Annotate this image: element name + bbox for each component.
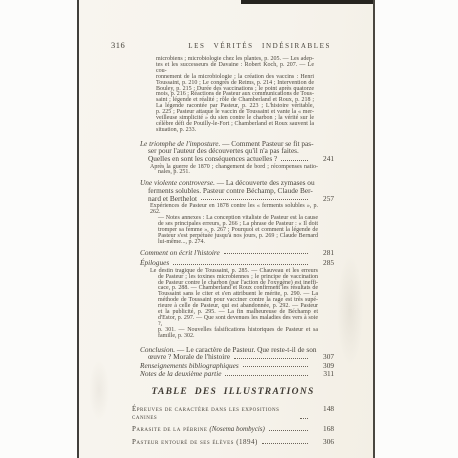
illustration-page-ref: 306 (312, 437, 334, 446)
entry-line: Quelles en sont les conséquences actuell… (148, 155, 334, 163)
bleedthrough-artifact (89, 360, 109, 420)
note-line: situation, p. 233. (156, 128, 314, 134)
entry-line: Notes de la deuxième partie 311 (140, 370, 334, 378)
note-line: tes et les successeurs de Davaine : Robe… (156, 63, 314, 75)
dot-leader (224, 253, 308, 254)
entry-page-ref: 307 (312, 353, 334, 361)
dot-leader (225, 375, 308, 376)
illustration-row: Parasite de la pébrine (Nosema bombycis)… (132, 424, 334, 433)
entry-line: œuvre ? Morale de l'histoire 307 (148, 353, 334, 361)
dot-leader (300, 418, 308, 419)
entry-title: Notes de la deuxième partie (140, 370, 221, 378)
entry-title: Comment on écrit l'histoire (140, 249, 220, 257)
dot-leader (201, 199, 308, 200)
page-header: 316 LES VÉRITÉS INDÉSIRABLES (111, 40, 331, 50)
entry-page-ref: 257 (312, 195, 334, 203)
dot-leader (173, 264, 308, 265)
entry-line: nard et Berthelot 257 (148, 195, 334, 203)
illustration-label: Parasite de la pébrine (132, 425, 207, 433)
illustration-label: Pasteur entouré de ses élèves (1894) (132, 438, 258, 446)
toc-entry-triomphe: Le triomphe de l'imposture. — Comment Pa… (140, 140, 334, 177)
entry-page-ref: 309 (312, 362, 334, 370)
dot-leader (262, 443, 308, 444)
dot-leader (281, 160, 308, 161)
table-of-contents: microbiens ; microbiologie chez les plan… (140, 57, 334, 446)
book-page: 316 LES VÉRITÉS INDÉSIRABLES microbiens … (77, 0, 375, 458)
illustration-row: Pasteur entouré de ses élèves (1894) 306 (132, 437, 334, 446)
entry-note: Le destin tragique de Toussaint, p. 285.… (150, 269, 318, 340)
continuation-note: microbiens ; microbiologie chez les plan… (156, 57, 314, 134)
toc-entry-notes: Notes de la deuxième partie 311 (140, 370, 334, 378)
note-line: famille, p. 302. (158, 334, 318, 340)
entry-page-ref: 281 (312, 249, 334, 257)
note-line: lui-même..., p. 274. (158, 240, 318, 246)
entry-page-ref: 311 (312, 370, 334, 378)
illustration-label-latin: (Nosema bombycis) (209, 425, 264, 433)
illustrations-section: TABLE DES ILLUSTRATIONS Épreuves de cara… (132, 387, 334, 446)
illustration-label: Épreuves de caractère dans les expositio… (132, 405, 296, 421)
illustration-page-ref: 168 (312, 424, 334, 433)
illustrations-heading: TABLE DES ILLUSTRATIONS (132, 387, 334, 397)
entry-text: œuvre ? Morale de l'histoire (148, 353, 230, 361)
toc-entry-renseignements: Renseignements bibliographiques 309 (140, 362, 334, 370)
dot-leader (243, 366, 308, 367)
toc-entry-controverse: Une violente controverse. — La découvert… (140, 179, 334, 245)
entry-title: Épilogues (140, 259, 169, 267)
dot-leader (269, 430, 308, 431)
toc-entry-epilogues: Épilogues 285 Le destin tragique de Tous… (140, 259, 334, 339)
page-number: 316 (111, 40, 125, 50)
scan-background: 316 LES VÉRITÉS INDÉSIRABLES microbiens … (0, 0, 458, 458)
entry-line: Comment on écrit l'histoire 281 (140, 249, 334, 257)
running-title: LES VÉRITÉS INDÉSIRABLES (188, 42, 331, 50)
entry-text: Quelles en sont les conséquences actuell… (148, 155, 277, 163)
entry-note: Expériences de Pasteur en 1878 contre le… (150, 204, 318, 245)
note-line: d'Estor, p. 297. — Que sont devenues les… (158, 316, 318, 328)
entry-page-ref: 241 (312, 155, 334, 163)
toc-entry-histoire: Comment on écrit l'histoire 281 (140, 249, 334, 257)
entry-page-ref: 285 (312, 259, 334, 267)
note-line: nales, p. 251. (158, 170, 318, 176)
entry-title: Renseignements bibliographiques (140, 362, 239, 370)
illustration-row: Épreuves de caractère dans les expositio… (132, 404, 334, 421)
toc-entry-conclusion: Conclusion. — Le caractère de Pasteur. Q… (140, 346, 334, 361)
bleedthrough-artifact (337, 255, 363, 365)
illustration-page-ref: 148 (312, 404, 334, 413)
dot-leader (234, 358, 308, 359)
entry-line: Renseignements bibliographiques 309 (140, 362, 334, 370)
entry-text: nard et Berthelot (148, 195, 197, 203)
scan-edge-artifact (241, 0, 373, 4)
entry-line: Épilogues 285 (140, 259, 334, 267)
entry-note: Après la guerre de 1870 ; changement de … (150, 165, 318, 177)
